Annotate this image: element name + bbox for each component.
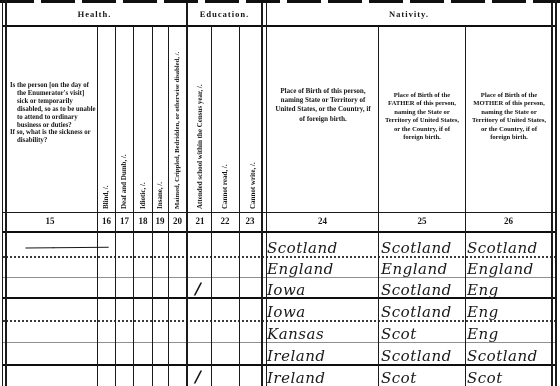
section-title-health: Health.	[3, 9, 186, 19]
birthplace-cell: Ireland	[267, 369, 325, 386]
mother-birthplace-cell: Eng	[467, 325, 499, 343]
number-row-bottom-line	[3, 231, 556, 233]
column-number-24: 24	[267, 216, 378, 226]
column-number-23: 23	[239, 216, 261, 226]
sickness-question-text-1: Is the person [on the day of the Enumera…	[10, 82, 96, 129]
col-header-deaf-and-dumb: Deaf and Dumb, /.	[117, 28, 131, 209]
column-number-18: 18	[134, 216, 152, 226]
mother-birthplace-cell: England	[467, 260, 534, 278]
table-row: Iowa Scotland Eng	[0, 303, 560, 325]
top-border-line	[0, 0, 560, 3]
birthplace-cell: Iowa	[267, 281, 306, 299]
col-header-cannot-write: Cannot write, /.	[246, 28, 260, 209]
column-number-19: 19	[152, 216, 168, 226]
father-birthplace-cell: Scotland	[381, 281, 452, 299]
column-number-22: 22	[211, 216, 239, 226]
table-row: ——— Scotland Scotland Scotland	[0, 239, 560, 261]
column-number-15: 15	[3, 216, 97, 226]
father-birthplace-cell: Scot	[381, 369, 417, 386]
mother-birthplace-cell: Eng	[467, 281, 499, 299]
col-header-cannot-read: Cannot read, /.	[218, 28, 232, 209]
col-header-maimed-crippled: Maimed, Crippled, Bedridden, or otherwis…	[171, 28, 185, 209]
col-header-attended-school: Attended school within the Census year, …	[193, 28, 207, 209]
father-birthplace-cell: Scot	[381, 325, 417, 343]
sickness-question-header: Is the person [on the day of the Enumera…	[10, 82, 96, 145]
number-row-top-line	[3, 212, 556, 213]
mother-birthplace-cell: Eng	[467, 303, 499, 321]
col-header-insane: Insane, /.	[153, 28, 167, 209]
birthplace-cell: Scotland	[267, 239, 338, 257]
father-birthplace-cell: England	[381, 260, 448, 278]
father-birthplace-cell: Scotland	[381, 347, 452, 365]
section-title-education: Education.	[188, 9, 261, 19]
col-header-birthplace-mother: Place of Birth of the MOTHER of this per…	[471, 92, 547, 142]
table-row: England England England	[0, 260, 560, 282]
birthplace-cell: Iowa	[267, 303, 306, 321]
birthplace-cell: Kansas	[267, 325, 324, 343]
mother-birthplace-cell: Scotland	[467, 347, 538, 365]
table-row: Ireland Scotland Scotland	[0, 347, 560, 369]
birthplace-cell: England	[267, 260, 334, 278]
column-number-16: 16	[98, 216, 115, 226]
table-row: Kansas Scot Eng	[0, 325, 560, 347]
title-band-line	[3, 25, 556, 27]
school-mark-cell: /	[195, 367, 201, 386]
column-number-21: 21	[189, 216, 211, 226]
mother-birthplace-cell: Scotland	[467, 239, 538, 257]
father-birthplace-cell: Scotland	[381, 303, 452, 321]
table-row: / Ireland Scot Scot	[0, 369, 560, 386]
col-header-birthplace-father: Place of Birth of the FATHER of this per…	[384, 92, 460, 142]
school-mark-cell: /	[195, 279, 201, 298]
census-form-page: Health. Education. Nativity. Is the pers…	[0, 0, 560, 386]
column-number-26: 26	[466, 216, 551, 226]
mother-birthplace-cell: Scot	[467, 369, 503, 386]
col-header-blind: Blind, /.	[99, 28, 113, 209]
birthplace-cell: Ireland	[267, 347, 325, 365]
col-header-idiotic: Idiotic, /.	[136, 28, 150, 209]
column-number-17: 17	[116, 216, 133, 226]
table-row: / Iowa Scotland Eng	[0, 281, 560, 303]
health-mark-cell: ———	[24, 237, 107, 256]
column-number-25: 25	[379, 216, 465, 226]
column-number-20: 20	[169, 216, 186, 226]
col-header-birthplace-person: Place of Birth of this person, naming St…	[272, 87, 374, 124]
section-title-nativity: Nativity.	[267, 9, 551, 19]
sickness-question-text-2: If so, what is the sickness or disabilit…	[10, 129, 96, 145]
father-birthplace-cell: Scotland	[381, 239, 452, 257]
